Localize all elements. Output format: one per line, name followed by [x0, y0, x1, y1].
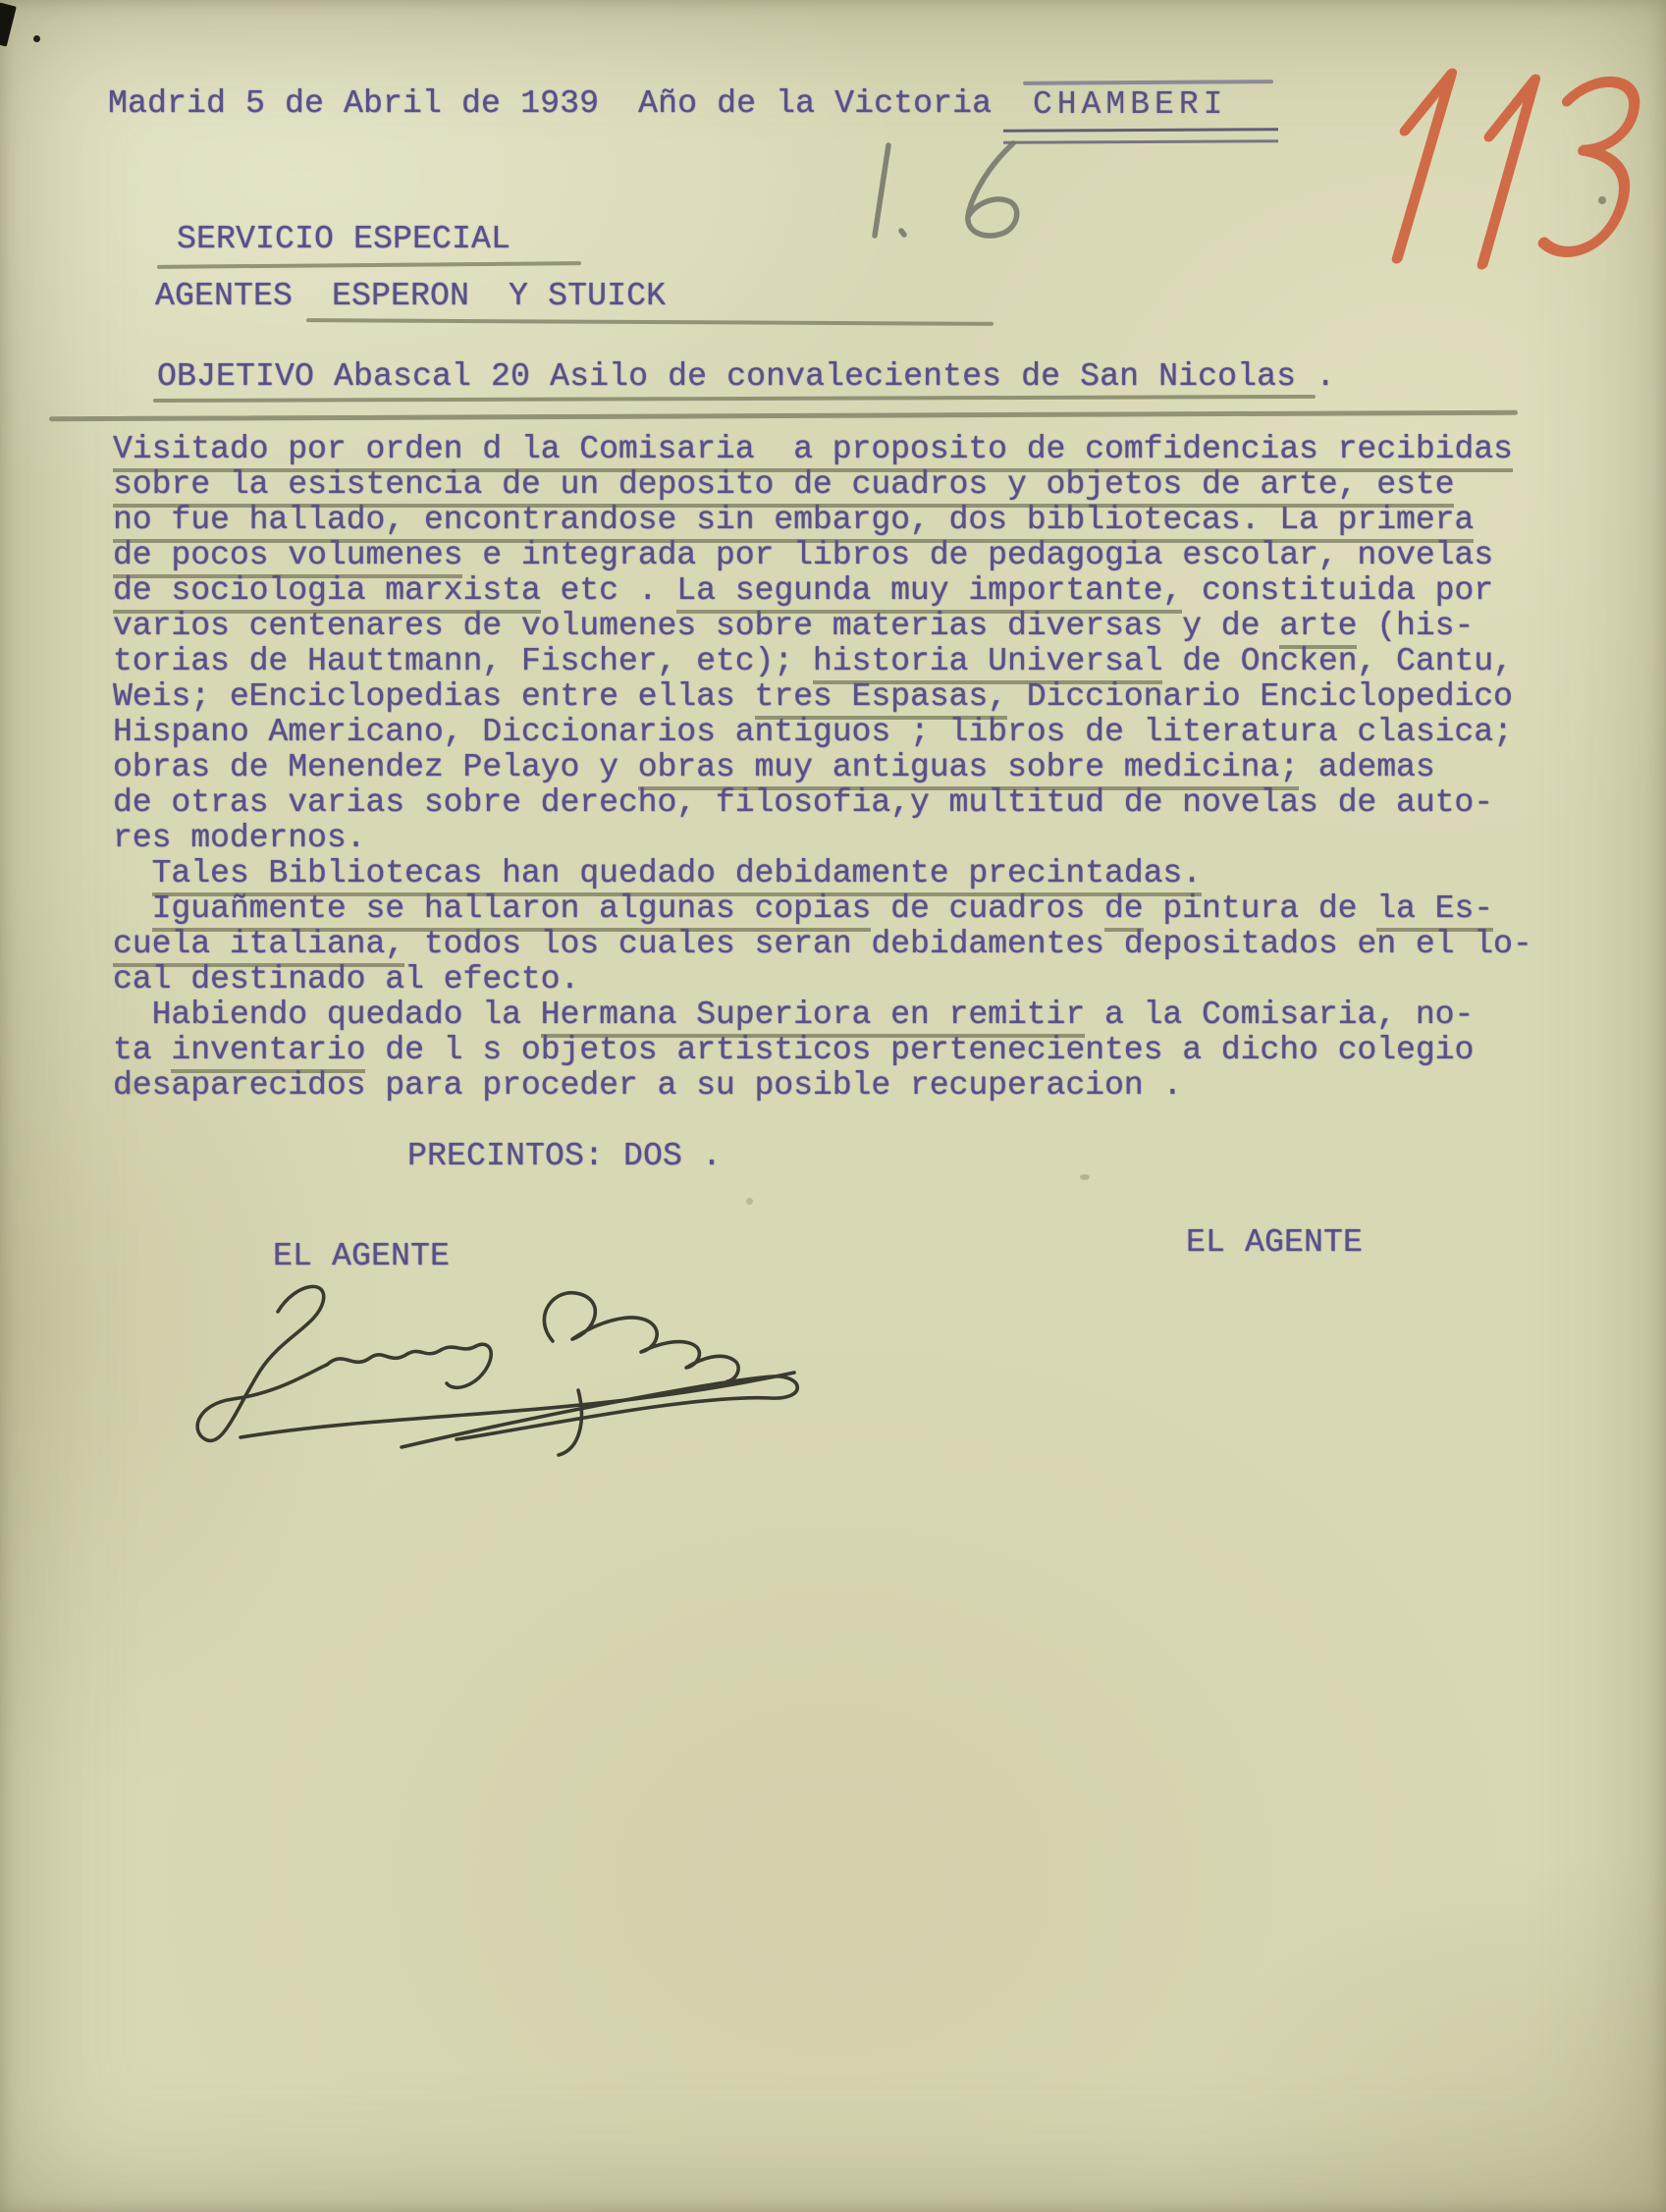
document-line: Habiendo quedado la Hermana Superiora en… [113, 998, 1532, 1033]
document-line: de sociologia marxista etc . La segunda … [113, 573, 1532, 609]
report-body: Visitado por orden d la Comisaria a prop… [113, 432, 1532, 1104]
text-segment: varios centenares de volumenes sobre mat… [113, 608, 1279, 644]
text-segment: todos los cuales seran debidamentes depo… [404, 926, 1532, 962]
paper-speck [1080, 1174, 1090, 1180]
text-segment [113, 890, 152, 927]
scanned-document-page: Madrid 5 de Abril de 1939 Año de la Vict… [0, 0, 1666, 2212]
text-segment: obras de Menendez Pelayo y [113, 749, 638, 785]
text-segment: Hispano Americano, Diccionarios antiguos… [113, 714, 1513, 750]
text-segment: de Oncken, Cantu, [1162, 643, 1512, 679]
document-line: Weis; eEnciclopedias entre ellas tres Es… [113, 679, 1532, 715]
text-segment: torias de Hauttmann, Fischer, etc); [113, 643, 813, 679]
paper-speck [746, 1198, 753, 1205]
objective-line: OBJETIVO Abascal 20 Asilo de convalecien… [157, 359, 1335, 395]
text-segment: de l s objetos artisticos pertenecientes… [365, 1032, 1474, 1068]
document-line: desaparecidos para proceder a su posible… [113, 1068, 1532, 1104]
text-segment: desaparecidos para proceder a su posible… [113, 1067, 1182, 1104]
text-segment: pintura de [1144, 890, 1377, 927]
document-line: Hispano Americano, Diccionarios antiguos… [113, 715, 1532, 750]
document-line: Iguañmente se hallaron algunas copias de… [113, 891, 1532, 927]
document-line: torias de Hauttmann, Fischer, etc); hist… [113, 644, 1532, 679]
text-segment: Weis; eEnciclopedias entre ellas [113, 678, 755, 715]
document-line: obras de Menendez Pelayo y obras muy ant… [113, 750, 1532, 785]
text-segment: res modernos. [113, 820, 365, 856]
corner-shadow-mark [0, 2, 17, 46]
stamp-overline [1023, 80, 1273, 85]
signature [162, 1257, 820, 1463]
agent-label-right: EL AGENTE [1186, 1225, 1363, 1261]
pencil-underline [306, 318, 994, 326]
text-segment: ademas [1299, 749, 1435, 785]
document-line: varios centenares de volumenes sobre mat… [113, 609, 1532, 644]
precintos-line: PRECINTOS: DOS . [407, 1139, 722, 1174]
text-segment: a la Comisaria, no- [1085, 997, 1474, 1033]
ink-speck [33, 35, 40, 42]
document-line: Tales Bibliotecas han quedado debidament… [113, 856, 1532, 891]
document-line: Visitado por orden d la Comisaria a prop… [113, 432, 1532, 467]
document-line: ta inventario de l s objetos artisticos … [113, 1033, 1532, 1068]
text-segment: etc . [541, 572, 677, 609]
pencil-underline [157, 261, 581, 269]
document-line: de pocos volumenes e integrada por libro… [113, 538, 1532, 573]
text-segment: ta [113, 1032, 171, 1068]
text-segment: de cuadros [871, 890, 1104, 927]
pencil-line [49, 410, 1518, 422]
text-segment: Habiendo quedado la [113, 997, 541, 1033]
pencil-number [856, 137, 1052, 253]
document-line: de otras varias sobre derecho, filosofia… [113, 785, 1532, 821]
agents-heading: AGENTES ESPERON Y STUICK [155, 279, 666, 314]
text-segment: e integrada por libros de pedagogia esco… [462, 537, 1493, 573]
document-line: cuela italiana, todos los cuales seran d… [113, 927, 1532, 962]
text-segment: (his- [1357, 608, 1474, 644]
pencil-underline [153, 395, 1316, 403]
document-line: sobre la esistencia de un deposito de cu… [113, 467, 1532, 503]
district-stamp: CHAMBERI [1033, 86, 1227, 123]
text-segment [113, 855, 152, 891]
text-segment: de otras varias sobre derecho, filosofia… [113, 784, 1493, 821]
text-segment: cal destinado al efecto. [113, 961, 579, 998]
date-line: Madrid 5 de Abril de 1939 Año de la Vict… [108, 86, 992, 122]
document-line: res modernos. [113, 821, 1532, 856]
red-page-number [1325, 54, 1649, 290]
document-line: cal destinado al efecto. [113, 962, 1532, 998]
text-segment: Diccionario Enciclopedico [1007, 678, 1513, 715]
text-segment: constituida por [1182, 572, 1493, 609]
document-line: no fue hallado, encontrandose sin embarg… [113, 503, 1532, 538]
service-heading: SERVICIO ESPECIAL [177, 222, 511, 257]
